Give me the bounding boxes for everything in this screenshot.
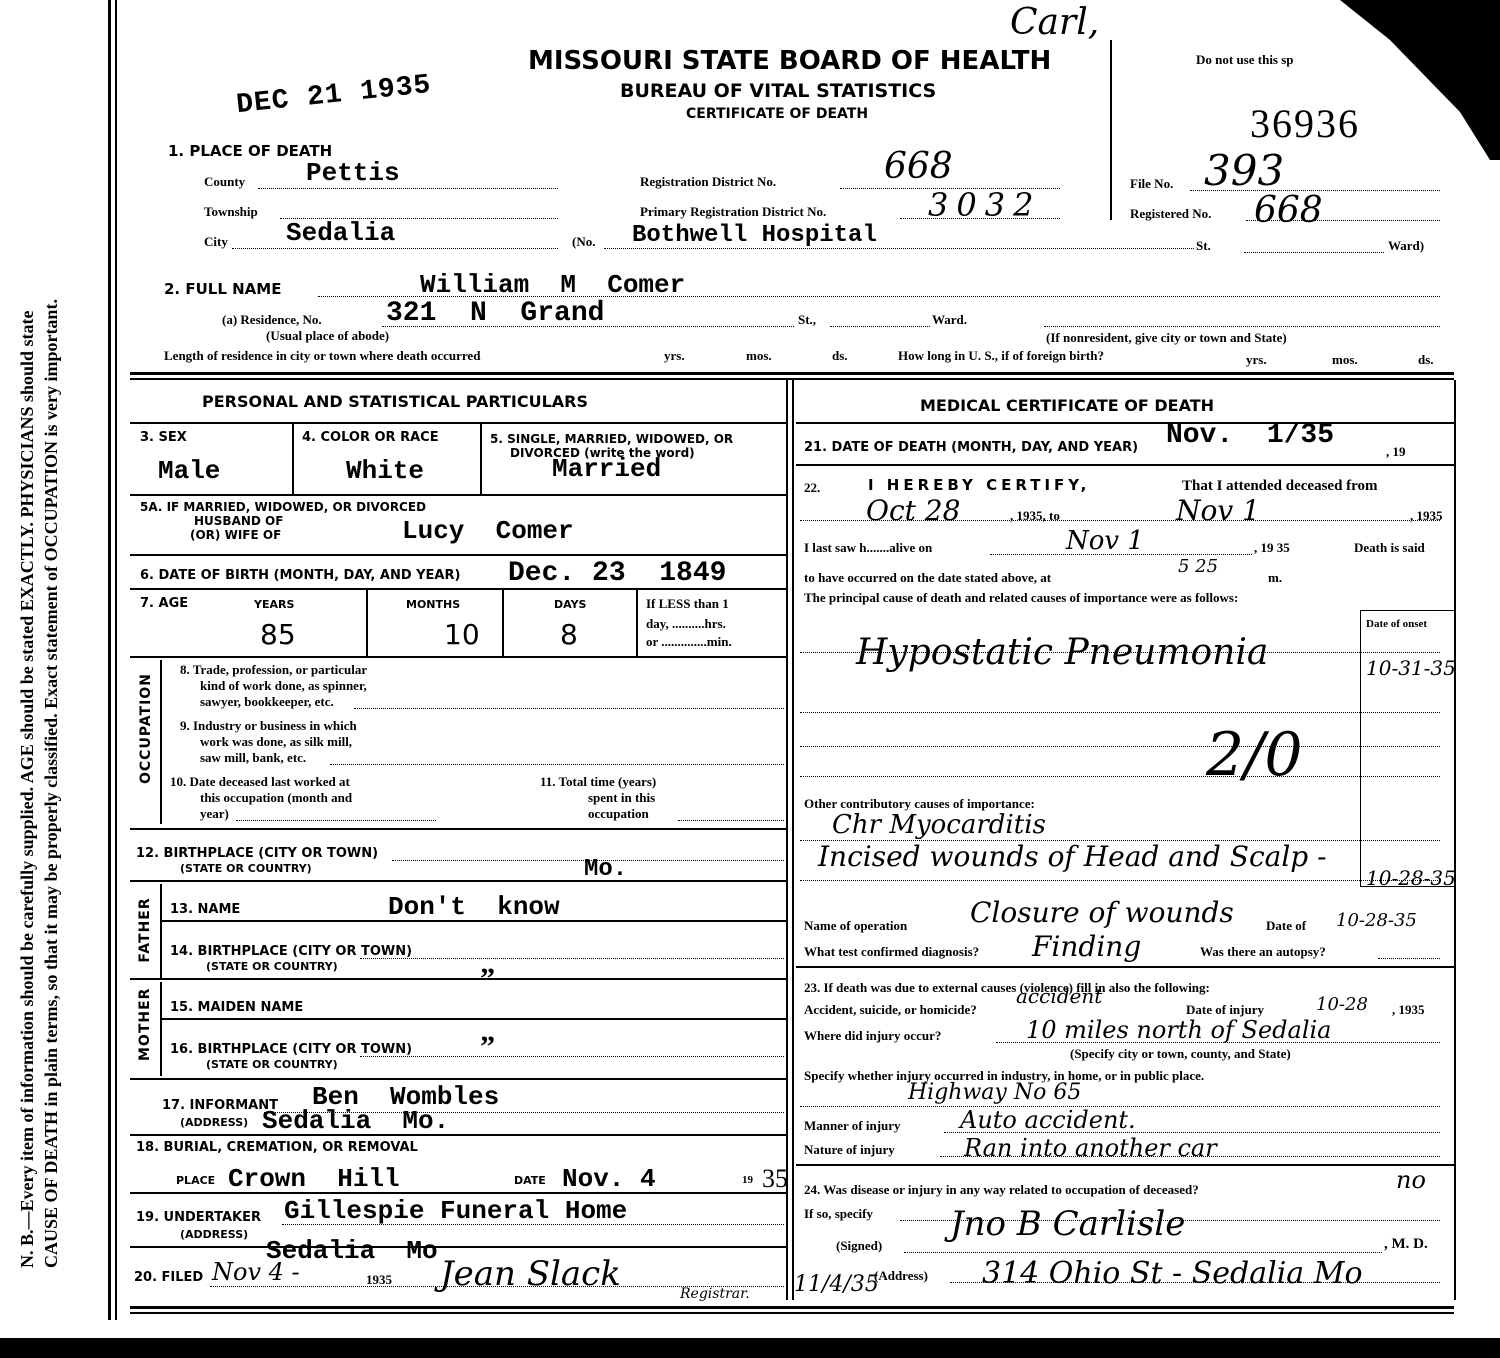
certify-heading: I HEREBY CERTIFY, (868, 476, 1090, 494)
file-no-label: File No. (1130, 176, 1173, 192)
length-residence-label: Length of residence in city or town wher… (164, 348, 480, 364)
mother-bracket (160, 982, 162, 1076)
institution-value[interactable]: Bothwell Hospital (632, 222, 877, 249)
cell-divider (292, 424, 294, 494)
burial-date-label: DATE (514, 1174, 546, 1187)
reg-district-value[interactable]: 668 (884, 146, 953, 187)
occ10-label-3: year) (200, 806, 229, 822)
margin-note-line-2: CAUSE OF DEATH in plain terms, so that i… (40, 299, 62, 1268)
nonresident-note: (If nonresident, give city or town and S… (1046, 330, 1287, 346)
father-birthplace-ditto[interactable]: ” (480, 962, 495, 996)
operation-label: Name of operation (804, 918, 907, 934)
father-section-label: FATHER (137, 895, 153, 965)
md-label: , M. D. (1384, 1236, 1428, 1253)
occ9-label-1: 9. Industry or business in which (180, 718, 357, 734)
autopsy-line (1378, 958, 1440, 959)
row-line (130, 1246, 786, 1248)
form-name: CERTIFICATE OF DEATH (686, 106, 868, 122)
row-line (796, 422, 1454, 424)
file-no-value[interactable]: 393 (1204, 146, 1284, 195)
marital-label-1: 5. SINGLE, MARRIED, WIDOWED, OR (490, 432, 733, 446)
where-note: (Specify city or town, county, and State… (1070, 1046, 1291, 1062)
sex-value[interactable]: Male (158, 456, 220, 486)
cell-divider (366, 590, 368, 656)
medical-section-title: MEDICAL CERTIFICATE OF DEATH (920, 396, 1214, 415)
years-label: YEARS (254, 598, 294, 611)
office-use-note: Do not use this sp (1196, 52, 1294, 68)
other-cause-1-value[interactable]: Chr Myocarditis (832, 810, 1046, 840)
time-suffix: m. (1268, 570, 1282, 586)
township-label: Township (204, 204, 258, 220)
occ11-label-2: spent in this (588, 790, 655, 806)
father-bracket (160, 884, 162, 978)
reg-district-label: Registration District No. (640, 174, 776, 190)
marital-value[interactable]: Married (552, 454, 661, 484)
undertaker-value[interactable]: Gillespie Funeral Home (284, 1196, 627, 1226)
address-label: (Address) (874, 1268, 928, 1284)
race-value[interactable]: White (346, 456, 424, 486)
length-mos: mos. (746, 348, 772, 364)
residence-sub-label: (Usual place of abode) (266, 328, 389, 344)
row-line (160, 920, 786, 922)
informant-label: 17. INFORMANT (162, 1098, 278, 1113)
principal-cause-value[interactable]: Hypostatic Pneumonia (856, 632, 1268, 673)
primary-reg-value[interactable]: 3032 (928, 186, 1041, 224)
last-saw-value[interactable]: Nov 1 (1066, 526, 1144, 556)
date-of-death-value[interactable]: Nov. 1/35 (1166, 420, 1334, 451)
attended-from-value[interactable]: Oct 28 (866, 494, 960, 527)
occurred-label: to have occurred on the date stated abov… (804, 570, 1051, 586)
last-saw-label: I last saw h.......alive on (804, 540, 932, 556)
city-line (232, 248, 558, 249)
ward-line (1244, 252, 1384, 253)
form-border-left-inner (115, 0, 117, 1320)
institution-ward-label: Ward) (1388, 238, 1424, 254)
death-said-label: Death is said (1354, 540, 1425, 556)
attended-to-year: , 1935 (1410, 508, 1443, 524)
test-value[interactable]: Finding (1032, 930, 1141, 963)
institution-st-label: St. (1196, 238, 1211, 254)
other-onset-value[interactable]: 10-28-35 (1366, 866, 1456, 890)
informant-address-value[interactable]: Sedalia Mo. (262, 1106, 449, 1136)
handwritten-annotation: Carl, (1010, 2, 1099, 43)
mother-birthplace-line (360, 1056, 784, 1057)
spouse-label-2: HUSBAND OF (194, 514, 283, 528)
father-birthplace-line (360, 958, 784, 959)
column-divider (786, 380, 788, 1300)
external-causes-label: 23. If death was due to external causes … (804, 980, 1210, 996)
row-line (130, 656, 786, 658)
operation-date-label: Date of (1266, 918, 1306, 934)
injury-date-value[interactable]: 10-28 (1316, 994, 1368, 1015)
less-than-label-3: or ..............min. (646, 634, 732, 650)
form-subtitle: BUREAU OF VITAL STATISTICS (620, 80, 936, 102)
duration-annotation: 2/0 (1206, 720, 1303, 790)
father-birthplace-label-1: 14. BIRTHPLACE (CITY OR TOWN) (170, 944, 412, 959)
occupation-related-value[interactable]: no (1396, 1166, 1426, 1194)
mother-section-label: MOTHER (137, 991, 153, 1061)
row-line (796, 464, 1454, 466)
occupation-section-label: OCCUPATION (138, 684, 154, 784)
foreign-label: How long in U. S., if of foreign birth? (898, 348, 1104, 364)
length-ds: ds. (832, 348, 848, 364)
row-line (796, 1164, 1454, 1166)
row-line (130, 978, 786, 980)
onset-header: Date of onset (1366, 618, 1427, 630)
spouse-value[interactable]: Lucy Comer (402, 516, 574, 546)
birthplace-value[interactable]: Mo. (584, 856, 627, 883)
registrar-label: Registrar. (680, 1286, 750, 1302)
cell-divider (502, 590, 504, 656)
dob-value[interactable]: Dec. 23 1849 (508, 558, 726, 589)
cell-divider (480, 424, 482, 494)
mother-maiden-name-label: 15. MAIDEN NAME (170, 1000, 303, 1015)
row-line (130, 1134, 786, 1136)
row-line (130, 828, 786, 830)
father-name-value[interactable]: Don't know (388, 892, 560, 922)
age-label: 7. AGE (140, 596, 188, 611)
date-of-death-label: 21. DATE OF DEATH (MONTH, DAY, AND YEAR) (804, 440, 1138, 455)
cause-line (800, 880, 1440, 881)
occ9-line (330, 764, 784, 765)
personal-section-title: PERSONAL AND STATISTICAL PARTICULARS (202, 392, 588, 411)
row-line (130, 880, 786, 882)
row-line (130, 1078, 786, 1080)
test-label: What test confirmed diagnosis? (804, 944, 979, 960)
occ11-label-1: 11. Total time (years) (540, 774, 656, 790)
manner-value[interactable]: Auto accident. (960, 1106, 1136, 1134)
days-label: DAYS (554, 598, 586, 611)
injury-year: , 1935 (1392, 1002, 1425, 1018)
row-line (130, 494, 786, 496)
right-border (1454, 380, 1456, 1300)
onset-column-top (1360, 610, 1454, 611)
undertaker-address-label: (ADDRESS) (180, 1228, 248, 1241)
signed-label: (Signed) (836, 1238, 882, 1254)
signed-date: 11/4/35 (794, 1272, 879, 1297)
operation-date-value[interactable]: 10-28-35 (1336, 910, 1417, 931)
birthplace-label-1: 12. BIRTHPLACE (CITY OR TOWN) (136, 846, 378, 861)
row-line (130, 422, 786, 424)
occ10-label-2: this occupation (month and (200, 790, 352, 806)
residence-st-label: St., (798, 312, 816, 328)
specify-value[interactable]: Highway No 65 (908, 1080, 1081, 1105)
less-than-label-2: day, ..........hrs. (646, 616, 726, 632)
physician-signature: Jno B Carlisle (950, 1204, 1185, 1244)
cause-line (800, 776, 1440, 777)
burial-place-value[interactable]: Crown Hill (228, 1164, 400, 1194)
accident-label: Accident, suicide, or homicide? (804, 1002, 977, 1018)
months-value[interactable]: 10 (444, 618, 480, 651)
attended-to-value[interactable]: Nov 1 (1176, 494, 1260, 527)
cell-divider (636, 590, 638, 656)
foreign-ds: ds. (1418, 352, 1434, 368)
birthplace-label-2: (STATE OR COUNTRY) (180, 862, 312, 875)
foreign-yrs: yrs. (1246, 352, 1267, 368)
full-name-label: 2. FULL NAME (164, 280, 281, 298)
occ9-label-2: work was done, as silk mill, (200, 734, 352, 750)
residence-label: (a) Residence, No. (222, 312, 322, 328)
occ8-line (354, 708, 784, 709)
county-line (258, 188, 558, 189)
occ11-label-3: occupation (588, 806, 649, 822)
operation-value[interactable]: Closure of wounds (970, 896, 1234, 929)
where-label: Where did injury occur? (804, 1028, 941, 1044)
if-so-label: If so, specify (804, 1206, 873, 1222)
county-label: County (204, 174, 245, 190)
received-stamp: DEC 21 1935 (235, 70, 433, 121)
section-divider (130, 372, 1454, 375)
burial-place-label: PLACE (176, 1174, 215, 1187)
last-saw-year: , 19 35 (1254, 540, 1290, 556)
form-title: MISSOURI STATE BOARD OF HEALTH (528, 46, 1051, 76)
occ10-label-1: 10. Date deceased last worked at (170, 774, 350, 790)
occupation-bracket (160, 660, 162, 824)
spouse-label-3: (OR) WIFE OF (190, 528, 281, 542)
autopsy-label: Was there an autopsy? (1200, 944, 1326, 960)
city-value[interactable]: Sedalia (286, 218, 395, 248)
burial-year-value[interactable]: 35 (762, 1164, 788, 1194)
header-divider (1110, 40, 1112, 220)
residence-ward-line (830, 326, 930, 327)
primary-reg-label: Primary Registration District No. (640, 204, 826, 220)
registrar-signature: Jean Slack (440, 1254, 621, 1294)
full-name-value[interactable]: William M Comer (420, 270, 685, 300)
where-value[interactable]: 10 miles north of Sedalia (1026, 1016, 1331, 1044)
filed-date-value[interactable]: Nov 4 - (212, 1258, 300, 1286)
burial-year-prefix: 19 (742, 1174, 753, 1186)
race-label: 4. COLOR OR RACE (302, 430, 439, 445)
principal-onset-value[interactable]: 10-31-35 (1366, 656, 1456, 680)
foreign-mos: mos. (1332, 352, 1358, 368)
days-value[interactable]: 8 (560, 618, 578, 651)
city-label: City (204, 234, 228, 250)
occ9-label-3: saw mill, bank, etc. (200, 750, 306, 766)
other-cause-2-value[interactable]: Incised wounds of Head and Scalp - (818, 840, 1327, 873)
father-name-label: 13. NAME (170, 902, 240, 917)
length-yrs: yrs. (664, 348, 685, 364)
certify-text: That I attended deceased from (1182, 478, 1378, 495)
row-line (160, 1018, 786, 1020)
column-divider-2 (792, 380, 794, 1300)
mother-birthplace-label-1: 16. BIRTHPLACE (CITY OR TOWN) (170, 1042, 412, 1057)
certificate-number: 36936 (1250, 100, 1360, 147)
margin-note-line-1: N. B.—Every item of information should b… (16, 311, 38, 1268)
spouse-label-1: 5A. IF MARRIED, WIDOWED, OR DIVORCED (140, 500, 426, 514)
burial-label: 18. BURIAL, CREMATION, OR REMOVAL (136, 1140, 418, 1155)
less-than-label-1: If LESS than 1 (646, 596, 729, 612)
row-line (130, 588, 786, 590)
accident-value[interactable]: accident (1016, 984, 1102, 1008)
nature-value[interactable]: Ran into another car (964, 1134, 1217, 1162)
mother-birthplace-label-2: (STATE OR COUNTRY) (206, 1058, 338, 1071)
row-line (130, 554, 786, 556)
form-bottom-line (130, 1306, 1454, 1309)
years-value[interactable]: 85 (260, 618, 296, 651)
mother-birthplace-ditto[interactable]: ” (480, 1030, 495, 1064)
registered-no-label: Registered No. (1130, 206, 1211, 222)
father-birthplace-label-2: (STATE OR COUNTRY) (206, 960, 338, 973)
informant-address-label: (ADDRESS) (180, 1116, 248, 1129)
filed-label: 20. FILED (134, 1270, 203, 1285)
date-of-death-suffix: , 19 (1386, 444, 1406, 460)
scan-bottom-band (0, 1338, 1500, 1358)
county-value[interactable]: Pettis (306, 158, 400, 188)
physician-address-value[interactable]: 314 Ohio St - Sedalia Mo (982, 1256, 1363, 1291)
principal-cause-label: The principal cause of death and related… (804, 590, 1238, 606)
cause-line (800, 746, 1440, 747)
sex-label: 3. SEX (140, 430, 187, 445)
signed-line (904, 1252, 1382, 1253)
manner-label: Manner of injury (804, 1118, 901, 1134)
nature-label: Nature of injury (804, 1142, 895, 1158)
occ8-label-2: kind of work done, as spinner, (200, 678, 367, 694)
undertaker-label: 19. UNDERTAKER (136, 1210, 261, 1225)
form-border-left (108, 0, 111, 1320)
occ10-line (236, 820, 436, 821)
months-label: MONTHS (406, 598, 460, 611)
institution-no-label: (No. (572, 234, 595, 250)
form-bottom-line-2 (130, 1312, 1454, 1314)
burial-date-value[interactable]: Nov. 4 (562, 1164, 656, 1194)
occ11-line (678, 820, 784, 821)
cause-line (800, 712, 1440, 713)
registered-no-value[interactable]: 668 (1254, 190, 1323, 231)
row-line (130, 1192, 786, 1194)
attended-from-year: , 1935, to (1010, 508, 1060, 524)
certify-number: 22. (804, 480, 820, 496)
nonresident-line (1044, 326, 1440, 327)
occupation-related-label: 24. Was disease or injury in any way rel… (804, 1182, 1199, 1198)
occ8-label-1: 8. Trade, profession, or particular (180, 662, 367, 678)
residence-value[interactable]: 321 N Grand (386, 298, 604, 329)
occ8-label-3: sawyer, bookkeeper, etc. (200, 694, 334, 710)
time-of-death-value[interactable]: 5 25 (1178, 556, 1218, 577)
residence-ward-label: Ward. (932, 312, 967, 328)
row-line (796, 966, 1454, 968)
dob-label: 6. DATE OF BIRTH (MONTH, DAY, AND YEAR) (140, 568, 460, 583)
